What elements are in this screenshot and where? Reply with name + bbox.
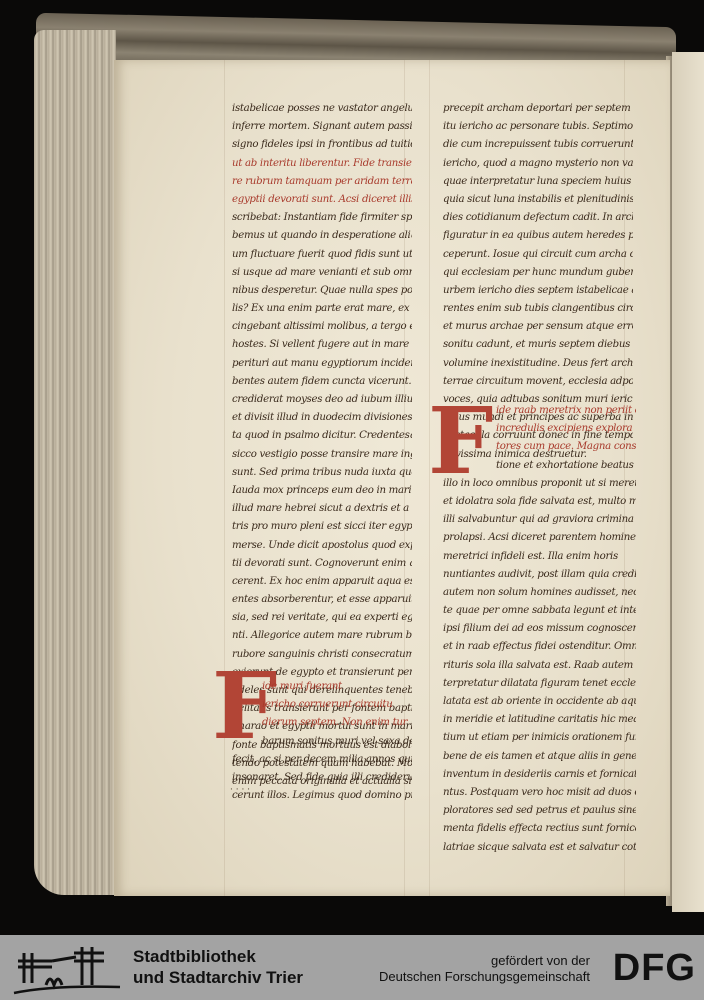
manuscript-line: tii devorati sunt. Cognoverunt enim quod… (232, 555, 412, 573)
manuscript-line: re rubrum tamquam per aridam terram quod… (232, 173, 412, 191)
manuscript-line: um fluctuare fuerit quod fidis sunt ut l… (232, 246, 412, 264)
manuscript-line: illi salvabuntur qui ad graviora crimina… (443, 511, 636, 529)
manuscript-line: tium ut etiam per inimicis orationem fun… (443, 729, 636, 747)
manuscript-line: perituri aut manu egyptiorum inciderent.… (232, 355, 412, 373)
manuscript-line: et in raab effectus fidei ostenditur. Om… (443, 638, 636, 656)
manuscript-line: et idolatra sola fide salvata est, multo… (443, 493, 636, 511)
manuscript-line: latata est ab oriente in occidente ab aq… (443, 693, 636, 711)
manuscript-line: tores cum pace. Magna consola (496, 438, 636, 456)
manuscript-line: rituris sola illa salvata est. Raab aute… (443, 657, 636, 675)
manuscript-line: rentes enim sub tubis clangentibus circu… (443, 300, 633, 318)
manuscript-line: cerent. Ex hoc enim apparuit aqua esse u… (232, 573, 412, 591)
manuscript-line: qui ecclesiam per hunc mundum gubernat. … (443, 264, 633, 282)
manuscript-line: bemus ut quando in desperatione aliquam … (232, 227, 412, 245)
manuscript-line: cingebant altissimi molibus, a tergo era… (232, 318, 412, 336)
manuscript-line: ide muri fuerant (262, 678, 412, 696)
library-name-line2: und Stadtarchiv Trier (133, 968, 303, 988)
manuscript-line: ide raab meretrix non periit cum (496, 402, 636, 420)
manuscript-line: iericho, quod a magno mysterio non vacat… (443, 155, 633, 173)
manuscript-line: nuntiantes audivit, post illam quia cred… (443, 566, 636, 584)
manuscript-line: dies cotidianum defectum cadit. In archa… (443, 209, 633, 227)
manuscript-line: nti. Allegorice autem mare rubrum baptis… (232, 627, 412, 645)
manuscript-line: hostes. Si vellent fugere aut in mare er… (232, 336, 412, 354)
manuscript-line: insonaret. Sed fide quia illi crediderun… (232, 769, 412, 787)
manuscript-line: scribebat: Instantiam fide firmiter sper… (232, 209, 412, 227)
manuscript-line: si usque ad mare venianti et sub omnibus… (232, 264, 412, 282)
footer-banner: Stadtbibliothek und Stadtarchiv Trier ge… (0, 935, 704, 1000)
manuscript-line: in meridie et latitudine caritatis hic m… (443, 711, 636, 729)
manuscript-line: ploratores sed sed petrus et paulus sine… (443, 802, 636, 820)
manuscript-line: die cum increpuissent tubis corruerunt m… (443, 136, 633, 154)
manuscript-line: menta fidelis effecta rectius sunt forni… (443, 820, 636, 838)
manuscript-line: signo fideles ipsi in frontibus ad tuiti… (232, 136, 412, 154)
manuscript-line: lis? Ex una enim parte erat mare, ex alt… (232, 300, 412, 318)
right-text-column-after-initial: ide raab meretrix non periit cumincredul… (496, 402, 636, 857)
decorated-initial-right: F (428, 395, 493, 487)
manuscript-line: inferre mortem. Signant autem passionis (232, 118, 412, 136)
manuscript-line: volumine inexistitudine. Deus fert archa… (443, 355, 633, 373)
manuscript-line: figuratur in ea quibus autem heredes pre… (443, 227, 633, 245)
manuscript-line: sonitu cadunt, et muris septem diebus se… (443, 336, 633, 354)
manuscript-line: ut ab interitu liberentur. Fide transier… (232, 155, 412, 173)
manuscript-line: tione et exhortatione beatus apostolus (496, 457, 636, 475)
manuscript-line: urbem iericho dies septem istabelicae ar… (443, 282, 633, 300)
library-name: Stadtbibliothek (133, 947, 256, 967)
manuscript-line: illud mare hebrei sicut a dextris et a s… (232, 500, 412, 518)
manuscript-line: prolapsi. Acsi diceret parentem homines … (443, 529, 636, 547)
manuscript-line: et murus archae per sensum atque erroris… (443, 318, 633, 336)
funding-organization: Deutschen Forschungsgemeinschaft (379, 969, 590, 984)
funding-text: gefördert von der (491, 953, 590, 968)
manuscript-line: precepit archam deportari per septem die… (443, 100, 633, 118)
manuscript-line: cerunt illos. Legimus quod domino precip… (232, 787, 412, 805)
folio-mark: · · · · (230, 785, 250, 795)
manuscript-line: entes absorberentur, et esse apparuit no… (232, 591, 412, 609)
manuscript-line: bentes autem fidem cuncta vicerunt. Fide… (232, 373, 412, 391)
manuscript-line: Iauda mox princeps eum deo in mari. Quap… (232, 482, 412, 500)
manuscript-line: sunt. Sed prima tribus nuda iuxta quod i… (232, 464, 412, 482)
dfg-logo: DFG (613, 949, 696, 987)
manuscript-line: dierum septem. Non enim tur (262, 714, 412, 732)
facing-page (672, 52, 704, 912)
manuscript-line: meretrici infideli est. Illa enim horis (443, 548, 636, 566)
manuscript-line: tris pro muro pleni est sicci iter egypt… (232, 518, 412, 536)
manuscript-line: fecit, ac si per decem milia annos quis … (232, 751, 412, 769)
manuscript-line: barum sonitus muri vel saxa de (262, 733, 412, 751)
manuscript-line: te quae per omne sabbata legunt et intel… (443, 602, 636, 620)
manuscript-line: autem non solum homines audisset, nec ta… (443, 584, 636, 602)
manuscript-line: terpretatur dilatata figuram tenet eccle… (443, 675, 636, 693)
manuscript-line: iericho corruerunt circuitu (262, 696, 412, 714)
manuscript-line: nibus desperetur. Quae nulla spes potera… (232, 282, 412, 300)
manuscript-line: sia, sed rei veritate, qui ea experti eg… (232, 609, 412, 627)
stadtbibliothek-trier-logo-icon (12, 943, 122, 995)
manuscript-line: bene de eis tamen et atque aliis in gene… (443, 748, 636, 766)
manuscript-line: quia sicut luna instabilis et plenitudin… (443, 191, 633, 209)
manuscript-line: egyptii devorati sunt. Acsi diceret illi… (232, 191, 412, 209)
manuscript-line: crediderat moyses deo ad iubum illius ma… (232, 391, 412, 409)
manuscript-line: quae interpretatur luna speciem huius mu… (443, 173, 633, 191)
manuscript-line: inventum in desideriis carnis et fornica… (443, 766, 636, 784)
manuscript-line: itu iericho ac personare tubis. Septimo … (443, 118, 633, 136)
manuscript-line: latriae sicque salvata est et salvatur c… (443, 839, 636, 857)
manuscript-line: et divisit illud in duodecim divisiones … (232, 409, 412, 427)
manuscript-line: illo in loco omnibus proponit ut si mere… (443, 475, 636, 493)
manuscript-line: ceperunt. Iosue qui circuit cum archa ch… (443, 246, 633, 264)
book-fore-edge (34, 30, 116, 895)
manuscript-line: ta quod in psalmo dicitur. Credentesque … (232, 427, 412, 445)
manuscript-line: ntus. Postquam vero hoc misit ad duos ex (443, 784, 636, 802)
ruling-line (224, 60, 225, 896)
manuscript-line: istabelicae posses ne vastator angelus a… (232, 100, 412, 118)
left-text-column-after-initial: ide muri fuerantiericho corruerunt circu… (262, 678, 412, 805)
manuscript-line: merse. Unde dicit apostolus quod experti… (232, 537, 412, 555)
manuscript-scan: istabelicae posses ne vastator angelus a… (0, 0, 704, 935)
manuscript-line: ipsi filium dei ad eos missum cognoscere… (443, 620, 636, 638)
manuscript-line: sicco vestigio posse transire mare ingre… (232, 446, 412, 464)
manuscript-line: incredulis excipiens explora (496, 420, 636, 438)
